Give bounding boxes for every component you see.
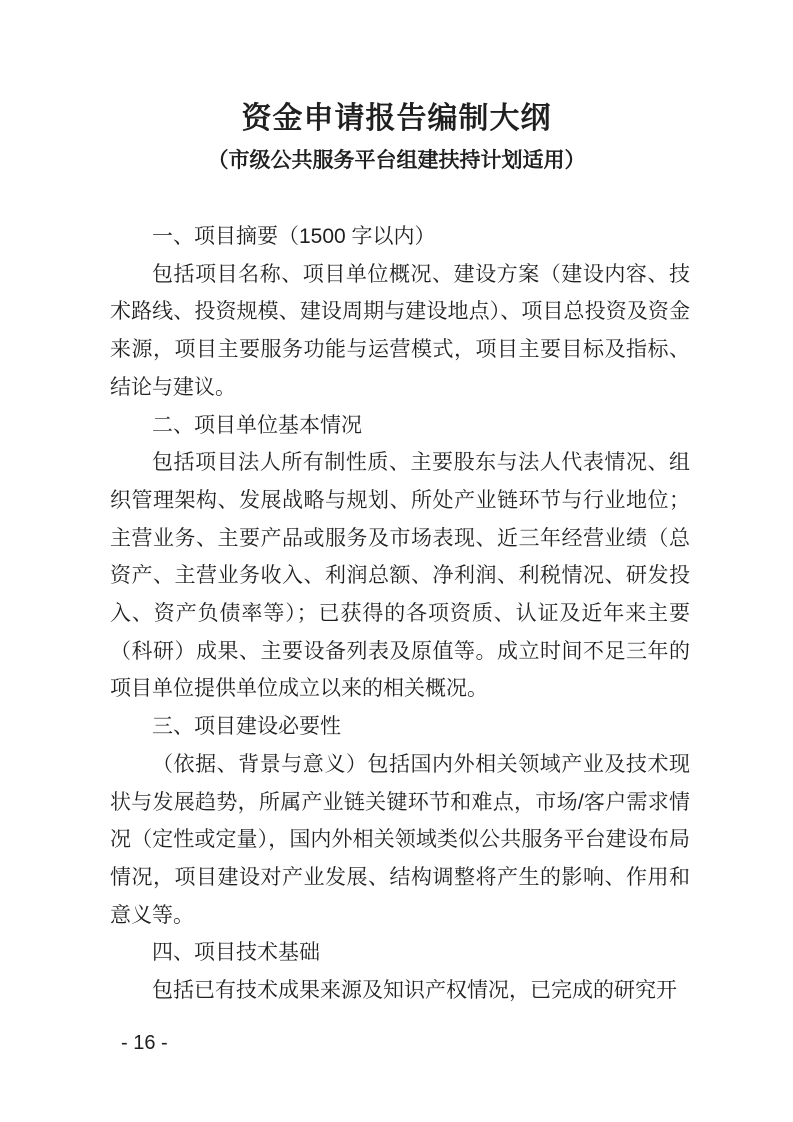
section-heading-2: 二、项目单位基本情况 [110,407,690,445]
document-page: 资金申请报告编制大纲 （市级公共服务平台组建扶持计划适用） 一、项目摘要（150… [0,0,793,1122]
page-title: 资金申请报告编制大纲 [0,101,793,137]
page-subtitle: （市级公共服务平台组建扶持计划适用） [0,148,793,174]
body-paragraph-2: 包括项目法人所有制性质、主要股东与法人代表情况、组织管理架构、发展战略与规划、所… [110,444,690,708]
document-body: 一、项目摘要（1500 字以内） 包括项目名称、项目单位概况、建设方案（建设内容… [110,218,690,1010]
page-number: - 16 - [121,1031,168,1055]
section-heading-1: 一、项目摘要（1500 字以内） [110,218,690,256]
body-paragraph-1: 包括项目名称、项目单位概况、建设方案（建设内容、技术路线、投资规模、建设周期与建… [110,256,690,407]
body-paragraph-3: （依据、背景与意义）包括国内外相关领域产业及技术现状与发展趋势，所属产业链关键环… [110,746,690,935]
section-heading-4: 四、项目技术基础 [110,934,690,972]
body-paragraph-4: 包括已有技术成果来源及知识产权情况，已完成的研究开 [110,972,690,1010]
section-heading-3: 三、项目建设必要性 [110,708,690,746]
